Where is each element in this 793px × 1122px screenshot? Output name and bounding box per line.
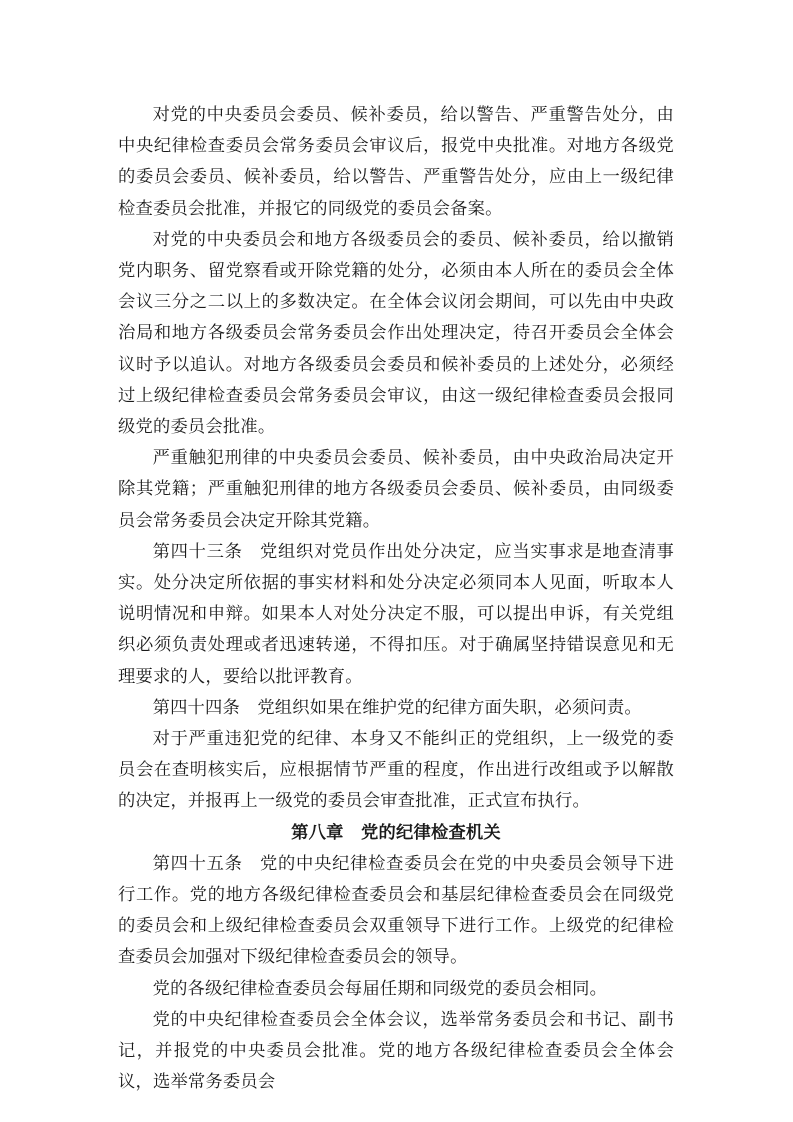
paragraph-plenary-election: 党的中央纪律检查委员会全体会议，选举常务委员会和书记、副书记，并报党的中央委员会… (118, 1005, 674, 1099)
article-number: 第四十三条 (153, 542, 243, 562)
article-44: 第四十四条党组织如果在维护党的纪律方面失职，必须问责。 (118, 693, 674, 724)
paragraph-term-of-office: 党的各级纪律检查委员会每届任期和同级党的委员会相同。 (118, 974, 674, 1005)
paragraph-central-committee-warning: 对党的中央委员会委员、候补委员，给以警告、严重警告处分，由中央纪律检查委员会常务… (118, 100, 674, 225)
article-45: 第四十五条党的中央纪律检查委员会在党的中央委员会领导下进行工作。党的地方各级纪律… (118, 849, 674, 974)
document-page: 对党的中央委员会委员、候补委员，给以警告、严重警告处分，由中央纪律检查委员会常务… (118, 100, 674, 1099)
paragraph-removal-from-post: 对党的中央委员会和地方各级委员会的委员、候补委员，给以撤销党内职务、留党察看或开… (118, 225, 674, 443)
chapter-heading: 第八章 党的纪律检查机关 (118, 818, 674, 849)
article-number: 第四十四条 (153, 698, 240, 718)
article-text: 党组织对党员作出处分决定，应当实事求是地查清事实。处分决定所依据的事实材料和处分… (118, 542, 674, 687)
paragraph-criminal-expulsion: 严重触犯刑律的中央委员会委员、候补委员，由中央政治局决定开除其党籍；严重触犯刑律… (118, 443, 674, 537)
paragraph-reorganize-dissolve: 对于严重违犯党的纪律、本身又不能纠正的党组织，上一级党的委员会在查明核实后，应根… (118, 724, 674, 818)
article-text: 党组织如果在维护党的纪律方面失职，必须问责。 (257, 698, 642, 718)
article-number: 第四十五条 (153, 854, 243, 874)
article-43: 第四十三条党组织对党员作出处分决定，应当实事求是地查清事实。处分决定所依据的事实… (118, 537, 674, 693)
